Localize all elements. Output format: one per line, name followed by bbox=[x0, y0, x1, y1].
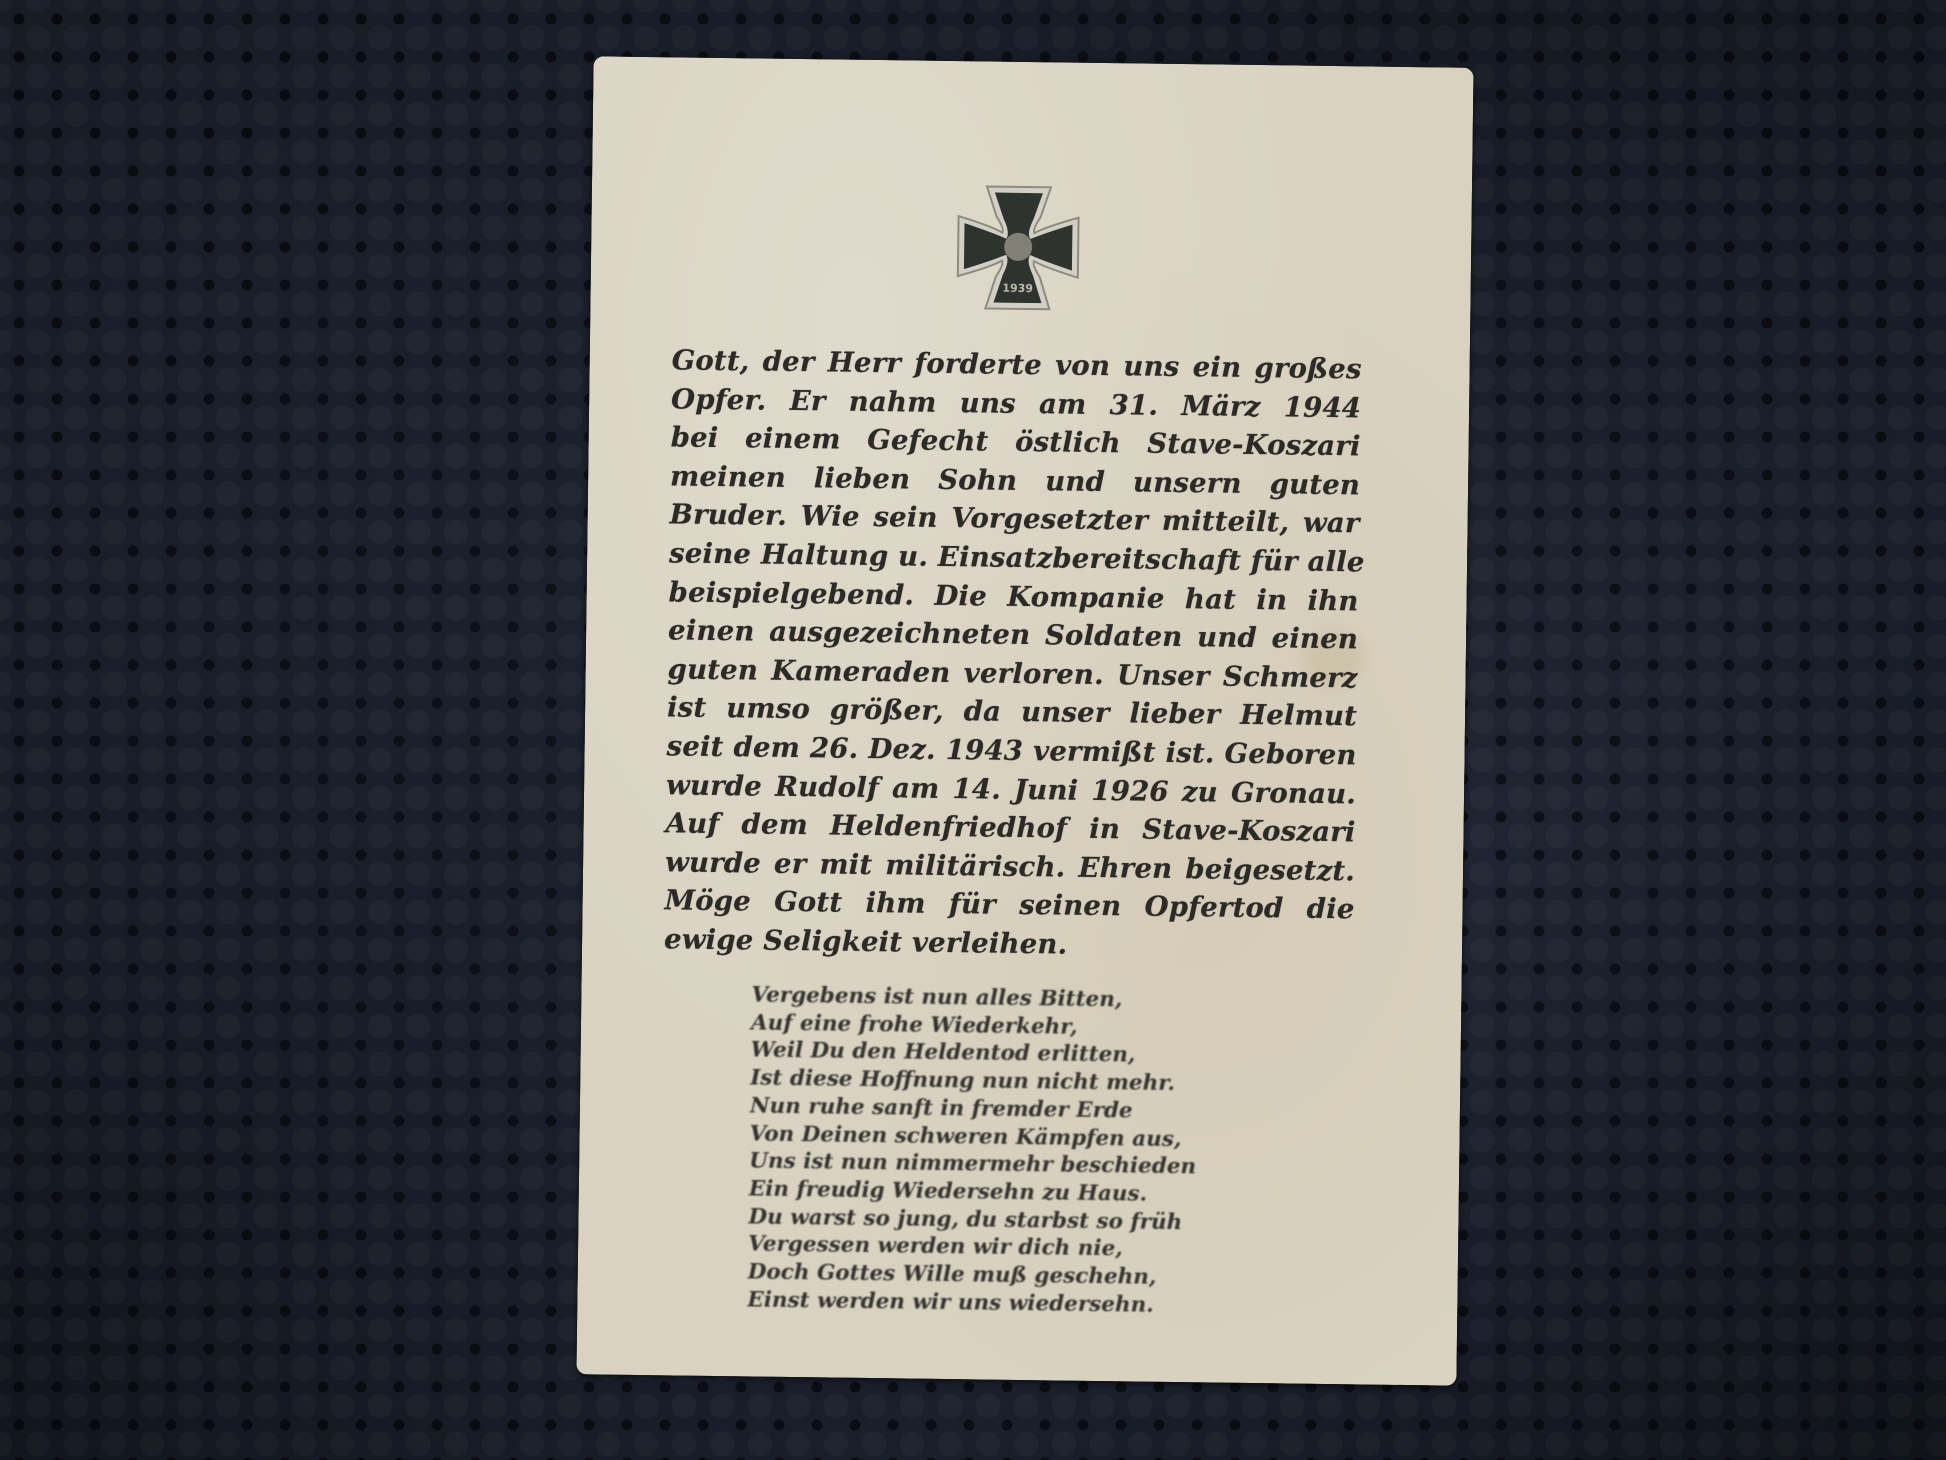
svg-text:1939: 1939 bbox=[1002, 282, 1033, 295]
iron-cross-icon: 1939 bbox=[947, 176, 1089, 318]
poem-line: Einst werden wir uns wiedersehn. bbox=[747, 1286, 1287, 1321]
obituary-text: Gott, der Herr forderte von uns ein groß… bbox=[664, 341, 1362, 967]
memorial-poem: Vergebens ist nun alles Bitten, Auf eine… bbox=[747, 981, 1291, 1320]
memorial-card: 1939 Gott, der Herr forderte von uns ein… bbox=[576, 56, 1473, 1385]
